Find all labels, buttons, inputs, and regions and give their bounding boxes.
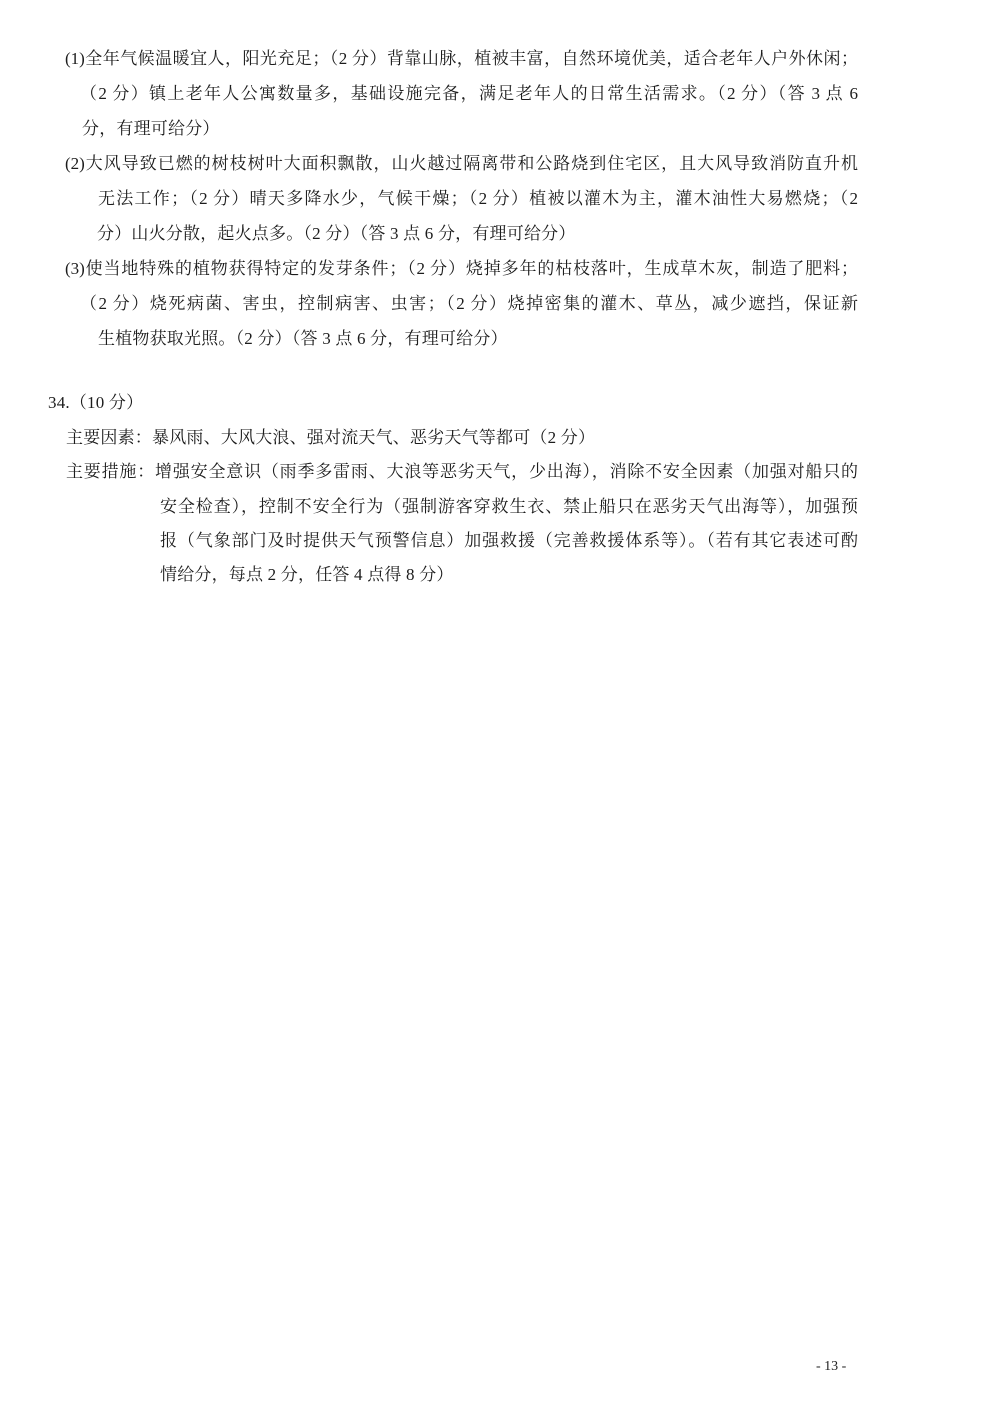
document-page: (1)全年气候温暖宜人，阳光充足；（2 分）背靠山脉，植被丰富，自然环境优美，适… — [0, 0, 992, 1403]
answer-line-q33-p1-3: 分，有理可给分） — [82, 118, 220, 140]
answer-line-q33-p1-2: （2 分）镇上老年人公寓数量多，基础设施完备，满足老年人的日常生活需求。（2 分… — [80, 83, 858, 105]
answer-line-q34-measures-2: 安全检查），控制不安全行为（强制游客穿救生衣、禁止船只在恶劣天气出海等），加强预 — [160, 496, 858, 518]
answer-line-q33-p2-1: (2)大风导致已燃的树枝树叶大面积飘散，山火越过隔离带和公路烧到住宅区，且大风导… — [65, 153, 858, 175]
page-number: - 13 - — [816, 1358, 846, 1376]
answer-line-q33-p1-1: (1)全年气候温暖宜人，阳光充足；（2 分）背靠山脉，植被丰富，自然环境优美，适… — [65, 48, 858, 70]
answer-line-q34-measures-3: 报（气象部门及时提供天气预警信息）加强救援（完善救援体系等）。（若有其它表述可酌 — [160, 530, 858, 552]
answer-line-q34-measures-4: 情给分，每点 2 分，任答 4 点得 8 分） — [160, 564, 858, 586]
question-34-heading: 34.（10 分） — [48, 392, 143, 414]
answer-line-q33-p3-2: （2 分）烧死病菌、害虫，控制病害、虫害；（2 分）烧掉密集的灌木、草丛，减少遮… — [80, 293, 858, 315]
answer-line-q33-p3-1: (3)使当地特殊的植物获得特定的发芽条件；（2 分）烧掉多年的枯枝落叶，生成草木… — [65, 258, 858, 280]
answer-line-q34-measures-1: 主要措施：增强安全意识（雨季多雷雨、大浪等恶劣天气，少出海），消除不安全因素（加… — [66, 461, 858, 483]
answer-line-q33-p3-3: 生植物获取光照。（2 分）（答 3 点 6 分，有理可给分） — [98, 328, 858, 350]
answer-line-q34-factors: 主要因素：暴风雨、大风大浪、强对流天气、恶劣天气等都可（2 分） — [66, 427, 858, 449]
answer-line-q33-p2-3: 分）山火分散，起火点多。（2 分）（答 3 点 6 分，有理可给分） — [97, 223, 576, 245]
answer-line-q33-p2-2: 无法工作；（2 分）晴天多降水少，气候干燥；（2 分）植被以灌木为主，灌木油性大… — [98, 188, 858, 210]
